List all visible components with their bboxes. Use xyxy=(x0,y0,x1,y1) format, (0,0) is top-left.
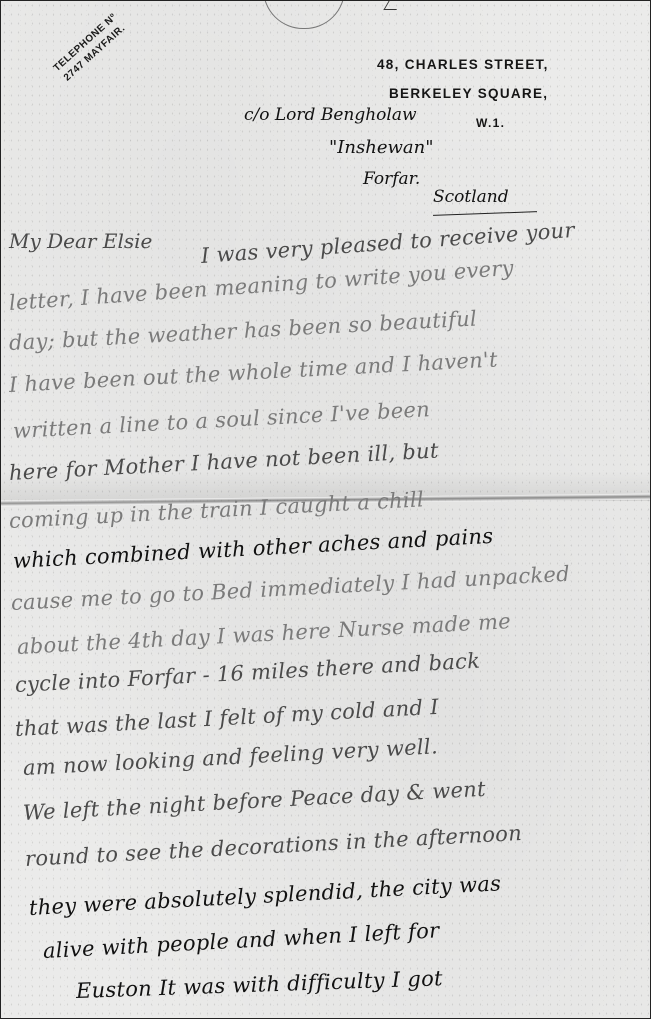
letter-line: cause me to go to Bed immediately I had … xyxy=(10,562,570,615)
letter-line: cycle into Forfar - 16 miles there and b… xyxy=(14,649,480,697)
handwritten-country: Scotland xyxy=(433,187,509,207)
salutation: My Dear Elsie xyxy=(9,229,152,253)
letter-line: We left the night before Peace day & wen… xyxy=(22,777,486,825)
letter-line: Euston It was with difficulty I got xyxy=(76,966,444,1003)
letter-line: that was the last I felt of my cold and … xyxy=(14,695,439,741)
letterhead-address-line3: W.1. xyxy=(476,116,505,130)
letterhead-address-line2: BERKELEY SQUARE, xyxy=(389,86,548,101)
letter-line: they were absolutely splendid, the city … xyxy=(28,871,501,920)
letter-line: letter, I have been meaning to write you… xyxy=(8,256,514,315)
handwritten-care-of: c/o Lord Bengholaw xyxy=(244,105,417,125)
letter-line: round to see the decorations in the afte… xyxy=(24,821,522,871)
handwritten-house-name: "Inshewan" xyxy=(329,137,433,158)
letter-page: TELEPHONE Nº 2747 MAYFAIR. 48, CHARLES S… xyxy=(0,0,651,1019)
pencil-mark xyxy=(383,1,401,10)
letter-line: I have been out the whole time and I hav… xyxy=(8,347,498,397)
country-underline xyxy=(433,211,537,216)
pencil-sketch xyxy=(263,0,345,29)
handwritten-town: Forfar. xyxy=(363,169,420,189)
letter-line: written a line to a soul since I've been xyxy=(12,397,430,443)
letterhead-address-line1: 48, CHARLES STREET, xyxy=(377,57,549,72)
letter-line: alive with people and when I left for xyxy=(42,918,440,963)
letter-line: which combined with other aches and pain… xyxy=(12,524,494,573)
letter-line: day; but the weather has been so beautif… xyxy=(8,306,477,354)
letter-line: am now looking and feeling very well. xyxy=(22,734,438,780)
letterhead-telephone: TELEPHONE Nº 2747 MAYFAIR. xyxy=(51,11,130,86)
letter-line: I was very pleased to receive your xyxy=(200,218,575,268)
